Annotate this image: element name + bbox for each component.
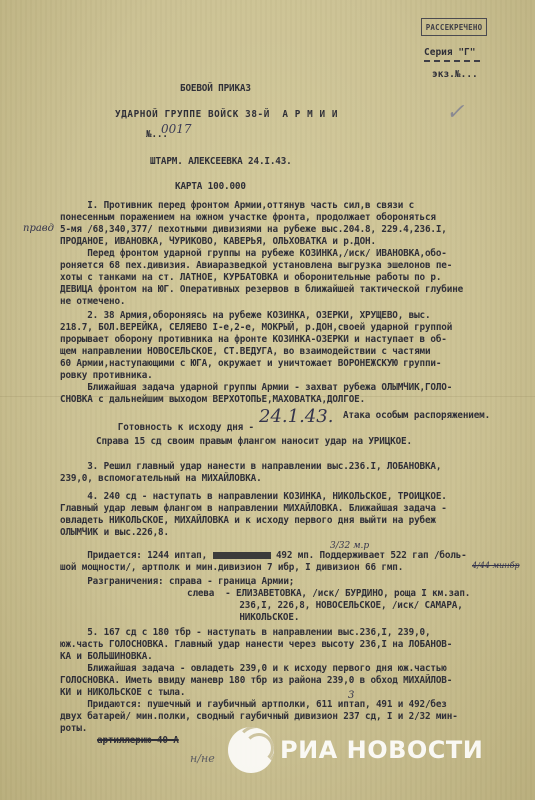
text-line: ОЛЫМЧИК и выс.226,8.: [60, 527, 169, 539]
struck-artillery-note: артиллерию 40 А: [97, 735, 179, 747]
margin-handwritten-note: правд: [23, 223, 54, 234]
handwritten-number-3: 3: [348, 690, 354, 701]
text-line: Перед фронтом ударной группы на рубеже К…: [60, 248, 447, 260]
order-number-handwritten: 0017: [161, 122, 192, 136]
signature-handwritten: н/не: [190, 752, 215, 765]
boundary-left-line-2: 236,I, 226,8, НОВОСЕЛЬСКОЕ, /иск/ САМАРА…: [223, 600, 463, 612]
text-line: хоты с танками на ст. ЛАТНОЕ, КУРБАТОВКА…: [60, 272, 441, 284]
redacted-struck-text: [213, 552, 271, 559]
document-title: БОЕВОЙ ПРИКАЗ: [180, 83, 251, 95]
text-line: ПРОДАНОЕ, ИВАНОВКА, ЧУРИКОВО, КАВЕРЬЯ, О…: [60, 236, 376, 248]
series-label: Серия "Г": [424, 47, 475, 58]
text-line: Главный удар левым флангом в направлении…: [60, 503, 447, 515]
check-mark-icon: ✓: [446, 100, 464, 125]
boundaries-left: слева - ЕЛИЗАВЕТОВКА, /иск/ БУРДИНО, рощ…: [187, 588, 470, 600]
text-line: КИ и НИКОЛЬСКОЕ с тыла.: [60, 687, 185, 699]
text-line: Ближайшая задача ударной группы Армии - …: [60, 382, 452, 394]
text-line: 5-мя /68,340,377/ пехотными дивизиями на…: [60, 224, 447, 236]
headquarters-date: ШТАРМ. АЛЕКСЕЕВКА 24.I.43.: [150, 156, 292, 168]
boundaries-label: Разграничения:: [60, 576, 169, 587]
text-line: щем направлении НОВОСЕЛЬСКОЕ, СТ.ВЕДУГА,…: [60, 346, 430, 358]
text-line: I. Противник перед фронтом Армии,оттянув…: [60, 200, 414, 212]
text-line: прорывает оборону противника на фронте К…: [60, 334, 447, 346]
attached-prefix: Придается: 1244 иптап,: [60, 550, 213, 561]
declassified-stamp: РАССЕКРЕЧЕНО: [421, 18, 487, 36]
watermark-text: РИА НОВОСТИ: [280, 736, 483, 764]
attached-units-line-1: Придается: 1244 иптап, 492 мп. Поддержив…: [60, 550, 467, 562]
text-line: не отмечено.: [60, 296, 125, 308]
readiness-label: Готовность к исходу дня -: [118, 422, 260, 433]
text-line: 4. 240 сд - наступать в направлении КОЗИ…: [60, 491, 447, 503]
ria-watermark: РИА НОВОСТИ: [228, 727, 483, 773]
series-underline: [424, 60, 480, 62]
text-line: СНОВКА с дальнейшим выходом ВЕРХОТОПЬЕ,М…: [60, 394, 365, 406]
text-line: КА и БОЛЬШИНОВКА.: [60, 651, 153, 663]
boundary-right-value: - граница Армии;: [202, 576, 295, 587]
text-line: двух батарей/ мин.полки, сводный гаубичн…: [60, 711, 458, 723]
boundary-left-line-3: НИКОЛЬСКОЕ.: [223, 612, 299, 624]
boundaries-right: Разграничения: справа - граница Армии;: [60, 576, 294, 588]
boundary-left-line: - ЕЛИЗАВЕТОВКА, /иск/ БУРДИНО, роща I км…: [220, 588, 471, 599]
text-line: ГОЛОСНОВКА. Иметь ввиду маневр 180 тбр и…: [60, 675, 452, 687]
boundary-left-label: слева: [187, 588, 220, 599]
document-subtitle: УДАРНОЙ ГРУППЕ ВОЙСК 38-Й А Р М И И: [115, 109, 338, 121]
right-neighbor-note: Справа 15 сд своим правым флангом наноси…: [96, 436, 412, 448]
text-line: роняется 68 пех.дивизия. Авиаразведкой у…: [60, 260, 452, 272]
text-line: юж.часть ГОЛОСНОВКА. Главный удар нанест…: [60, 639, 452, 651]
text-line: 60 Армии,наступающими с ЮГА, окружает и …: [60, 358, 441, 370]
text-line: овладеть НИКОЛЬСКОЕ, МИХАЙЛОВКА и к исхо…: [60, 515, 436, 527]
text-line: 239,0, вспомогательный на МИХАЙЛОВКА.: [60, 473, 262, 485]
text-line: понесенным поражением на южном участке ф…: [60, 212, 436, 224]
readiness-date-handwritten: 24.1.43.: [259, 406, 333, 427]
boundary-right-label: справа: [169, 576, 202, 587]
ria-logo-icon: [228, 727, 274, 773]
map-scale: КАРТА 100.000: [175, 181, 246, 193]
handwritten-struck-note: 4/44 минбр: [472, 561, 520, 570]
text-line: 3. Решил главный удар нанести в направле…: [60, 461, 441, 473]
text-line: Придаются: пушечный и гаубичный артполки…: [60, 699, 447, 711]
text-line: ДЕВИЦА фронтом на ЮГ. Оперативных резерв…: [60, 284, 463, 296]
copy-number: экз.№...: [432, 69, 478, 80]
attack-note: Атака особым распоряжением.: [343, 410, 490, 422]
text-line: Ближайшая задача - овладеть 239,0 и к ис…: [60, 663, 447, 675]
text-line: роты.: [60, 723, 93, 735]
archive-document-page: РАССЕКРЕЧЕНО Серия "Г" экз.№... ✓ БОЕВОЙ…: [0, 0, 535, 800]
text-line: 2. 38 Армия,обороняясь на рубеже КОЗИНКА…: [60, 310, 430, 322]
text-line: ровку противника.: [60, 370, 153, 382]
text-line: 218.7, БОЛ.ВЕРЕЙКА, СЕЛЯЕВО I-е,2-е, МОК…: [60, 322, 452, 334]
text-line: 5. 167 сд с 180 тбр - наступать в направ…: [60, 627, 430, 639]
attached-units-line-2: шой мощности/, артполк и мин.дивизион 7 …: [60, 562, 403, 574]
attached-mid: 492 мп. Поддерживает 522 гап /боль-: [271, 550, 467, 561]
